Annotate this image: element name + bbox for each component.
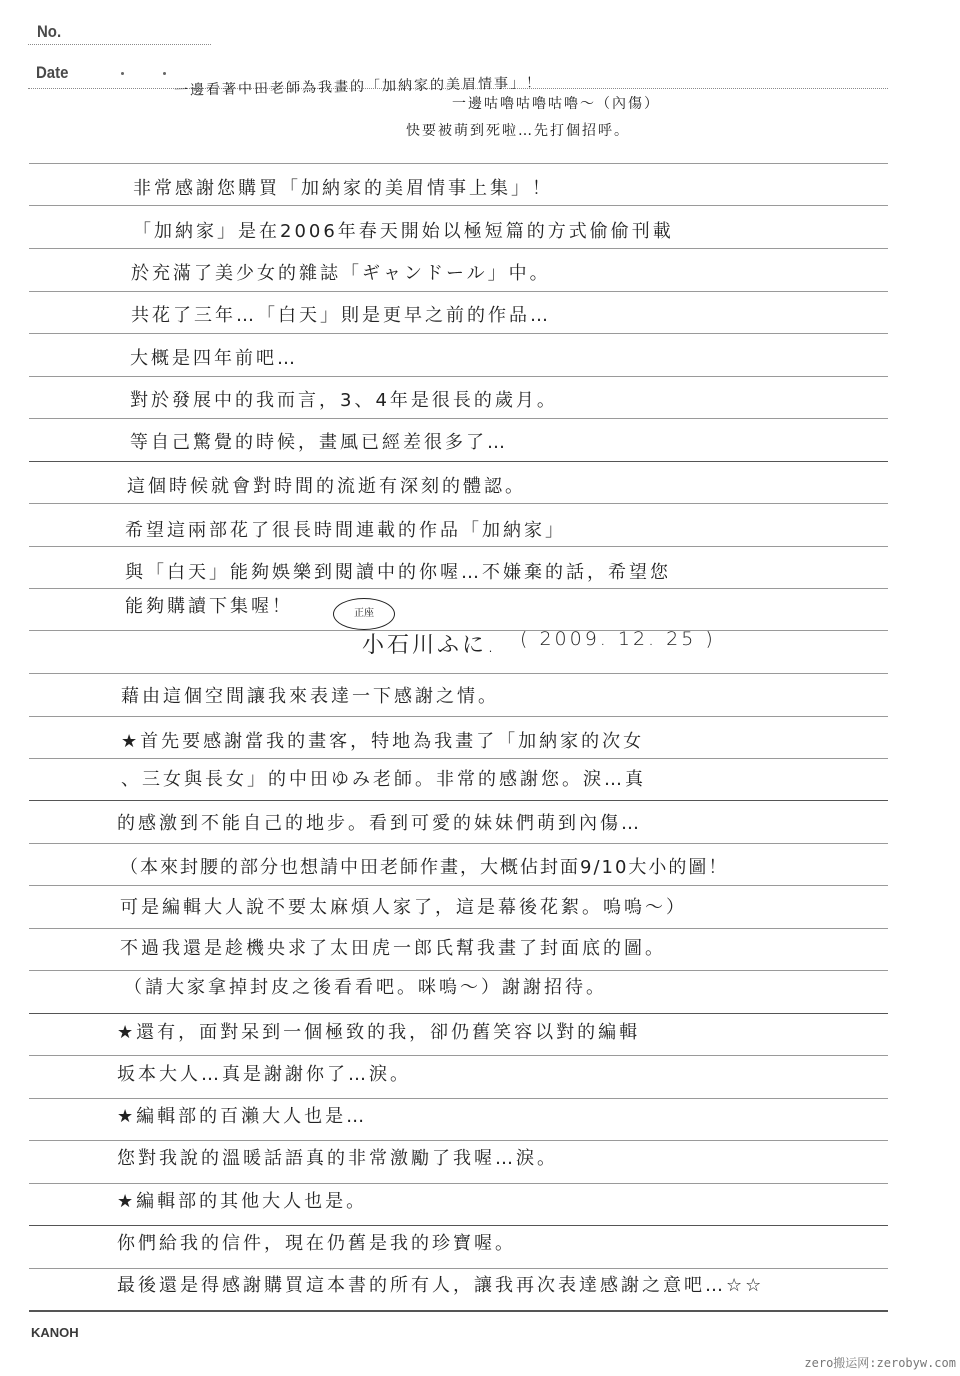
ruled-line	[29, 1140, 888, 1141]
ruled-line	[29, 1183, 888, 1184]
ruled-line	[29, 418, 888, 419]
ruled-line	[29, 248, 888, 249]
body-line: 能夠購讀下集喔！	[125, 596, 293, 618]
ruled-line	[29, 1013, 888, 1014]
thanks-line: （本來封腰的部分也想請中田老師作畫，大概佔封面9/10大小的圖！	[120, 857, 728, 879]
body-line: 於充滿了美少女的雜誌「ギャンドール」中。	[131, 263, 551, 285]
ruled-line	[29, 800, 888, 801]
top-note-line-3: 快要被萌到死啦…先打個招呼。	[406, 120, 630, 140]
body-line: 非常感謝您購買「加納家的美眉情事上集」！	[133, 178, 553, 200]
thanks-line: 藉由這個空間讓我來表達一下感謝之情。	[121, 686, 499, 708]
date-separator-dot	[163, 72, 166, 75]
ruled-line	[29, 673, 888, 674]
bottom-rule	[29, 1310, 888, 1312]
top-note-line-2: 一邊咕嚕咕嚕咕嚕～（內傷）	[452, 93, 660, 113]
thanks-line: ★首先要感謝當我的畫客，特地為我畫了「加納家的次女	[121, 731, 644, 753]
ruled-line	[29, 970, 888, 971]
body-line: 這個時候就會對時間的流逝有深刻的體認。	[127, 476, 526, 498]
brand-label: KANOH	[31, 1325, 79, 1340]
ruled-line	[29, 1268, 888, 1269]
thanks-line: 可是編輯大人說不要太麻煩人家了，這是幕後花絮。嗚嗚～）	[120, 897, 687, 919]
ruled-line	[29, 205, 888, 206]
date-label: Date	[36, 63, 68, 83]
body-line: 大概是四年前吧…	[130, 348, 298, 370]
thanks-line: ★編輯部的其他大人也是。	[117, 1191, 367, 1213]
ruled-line	[29, 291, 888, 292]
body-line: 等自己驚覺的時候，畫風已經差很多了…	[130, 432, 508, 454]
thanks-line: 的感激到不能自己的地步。看到可愛的妹妹們萌到內傷…	[117, 813, 642, 835]
signature-name: 小石川ふに.	[362, 628, 497, 659]
ruled-line	[29, 333, 888, 334]
watermark: zero搬运网:zerobyw.com	[804, 1354, 956, 1371]
ruled-line	[29, 1225, 888, 1226]
thanks-line: 你們給我的信件，現在仍舊是我的珍寶喔。	[117, 1233, 516, 1255]
thanks-line: ★還有，面對呆到一個極致的我，卻仍舊笑容以對的編輯	[117, 1022, 640, 1044]
ruled-line	[29, 461, 888, 462]
thanks-line: 最後還是得感謝購買這本書的所有人，讓我再次表達感謝之意吧…☆☆	[117, 1275, 764, 1297]
ruled-line	[29, 163, 888, 164]
ruled-line	[29, 1055, 888, 1056]
ruled-line	[29, 588, 888, 589]
body-line: 希望這兩部花了很長時間連載的作品「加納家」	[125, 520, 566, 542]
thanks-line: 坂本大人…真是謝謝你了…淚。	[117, 1064, 411, 1086]
ruled-line	[29, 716, 888, 717]
no-label: No.	[37, 22, 61, 42]
speech-bubble: 正座	[333, 598, 395, 630]
body-line: 與「白天」能夠娛樂到閱讀中的你喔…不嫌棄的話，希望您	[125, 562, 671, 584]
body-line: 對於發展中的我而言，3、4年是很長的歲月。	[130, 390, 558, 412]
ruled-line	[29, 376, 888, 377]
signature-date: ( 2009. 12. 25 )	[520, 628, 716, 650]
thanks-line: 、三女與長女」的中田ゆみ老師。非常的感謝您。淚…真	[121, 769, 646, 791]
thanks-line: （請大家拿掉封皮之後看看吧。咪嗚～）謝謝招待。	[124, 977, 607, 999]
ruled-line	[29, 885, 888, 886]
thanks-line: 不過我還是趁機央求了太田虎一郎氏幫我畫了封面底的圖。	[120, 938, 666, 960]
body-line: 共花了三年…「白天」則是更早之前的作品…	[131, 305, 551, 327]
no-underline	[28, 44, 211, 45]
ruled-line	[29, 758, 888, 759]
ruled-line	[29, 928, 888, 929]
thanks-line: 您對我說的溫暖話語真的非常激勵了我喔…淚。	[117, 1148, 558, 1170]
thanks-line: ★編輯部的百瀨大人也是…	[117, 1106, 367, 1128]
ruled-line	[29, 503, 888, 504]
body-line: 「加納家」是在2006年春天開始以極短篇的方式偷偷刊載	[133, 221, 674, 243]
ruled-line	[29, 546, 888, 547]
ruled-line	[29, 843, 888, 844]
date-separator-dot	[121, 72, 124, 75]
ruled-line	[29, 1098, 888, 1099]
